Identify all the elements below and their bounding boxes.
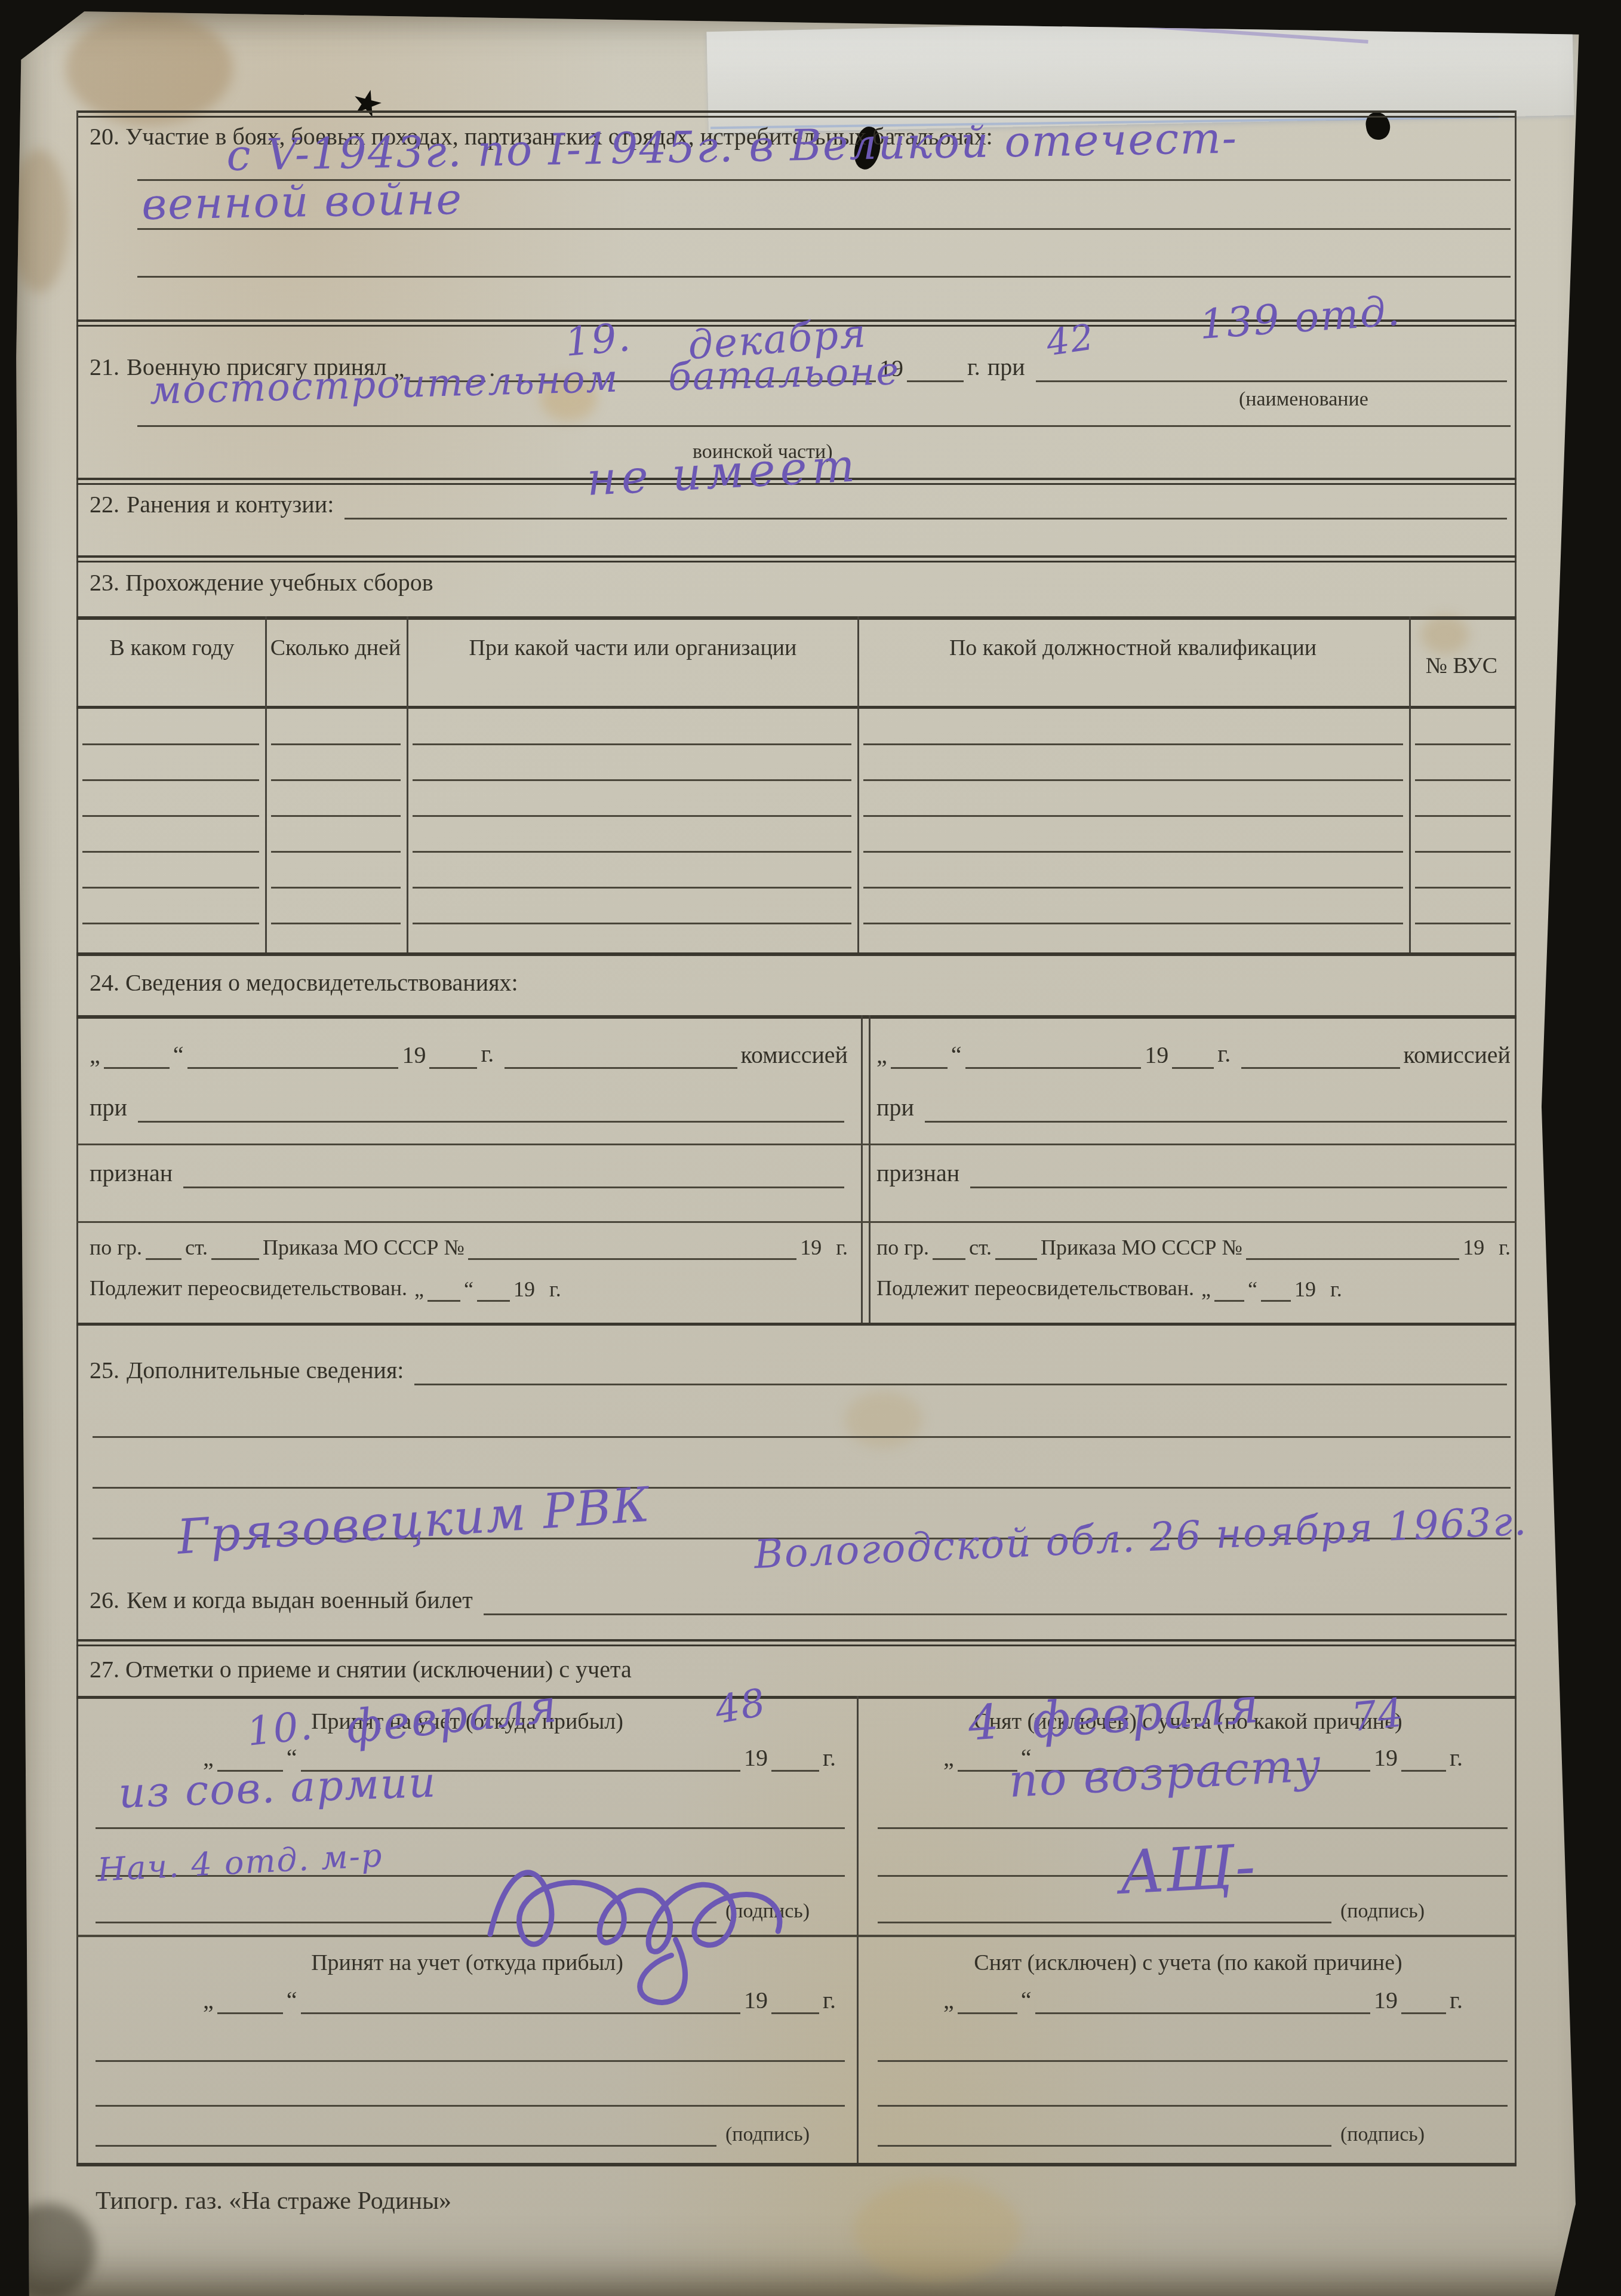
po-gr-label: по гр.: [876, 1235, 929, 1260]
accepted-header-2: Принят на учет (откуда прибыл): [90, 1948, 845, 1978]
open-quote: „: [943, 1744, 954, 1772]
close-quote: “: [951, 1041, 962, 1069]
year-blank: [429, 1066, 477, 1069]
handwriting-accept-year: 48: [712, 1680, 770, 1733]
handwriting-official-rank: Нач. 4 отд. м-р: [97, 1836, 384, 1889]
write-line: [137, 425, 1511, 427]
table-cell-line: [1415, 815, 1511, 817]
table-cell-line: [413, 887, 851, 889]
year-blank: [1401, 1769, 1446, 1772]
note-naimenovanie: (наименование: [1239, 388, 1368, 411]
handwriting-oath-year: 42: [1044, 316, 1097, 364]
table-column-border: [407, 616, 408, 952]
commission-label: комиссией: [1404, 1041, 1511, 1069]
year-blank: [771, 2011, 819, 2014]
write-line: [137, 276, 1511, 278]
year-19: 19: [513, 1277, 535, 1302]
paper-sheet: ★ 20. Участие в боях, боевых походах, па…: [0, 0, 1621, 2296]
med-table-bottom-border: [76, 1323, 1517, 1326]
section-22-label: Ранения и контузии:: [127, 490, 334, 518]
day-blank: [958, 2011, 1017, 2014]
month-blank: [187, 1066, 399, 1069]
med-table-middle-border: [861, 1015, 863, 1323]
table-cell-line: [82, 743, 259, 745]
year-19: 19: [744, 1744, 768, 1772]
printer-imprint: Типогр. газ. «На страже Родины»: [96, 2187, 451, 2215]
table-bottom-border: [76, 952, 1517, 956]
table-cell-line: [271, 851, 401, 853]
stain: [1421, 615, 1469, 654]
pri-blank: [925, 1120, 1507, 1123]
g-label: г.: [481, 1040, 494, 1068]
month-blank: [301, 2011, 741, 2014]
form-top-border: [76, 110, 1517, 118]
table-column-border: [857, 616, 859, 952]
write-line: [93, 1436, 1511, 1438]
st-blank: [211, 1257, 259, 1260]
podpis-label: (подпись): [725, 2123, 810, 2146]
table-cell-line: [271, 923, 401, 924]
day-blank: [217, 2011, 283, 2014]
open-quote: „: [943, 1986, 954, 2014]
open-quote: „: [1201, 1277, 1211, 1302]
g-label: г.: [1499, 1235, 1511, 1260]
close-quote: “: [173, 1041, 184, 1069]
stain: [854, 2180, 1021, 2281]
signature-line: [878, 1922, 1331, 1923]
section-25-label: Дополнительные сведения:: [127, 1356, 404, 1384]
year-19: 19: [744, 1986, 768, 2014]
g-label: г.: [1450, 1744, 1463, 1772]
col-header-year: В каком году: [84, 633, 260, 663]
table-cell-line: [82, 779, 259, 781]
section-divider: [76, 1639, 1517, 1646]
section-27-text: Отметки о приеме и снятии (исключении) с…: [125, 1656, 632, 1683]
stain: [845, 1391, 922, 1448]
table-cell-line: [863, 887, 1403, 889]
section-25-number: 25.: [90, 1356, 119, 1384]
table-header-border: [76, 706, 1517, 709]
section-26-number: 26.: [90, 1586, 119, 1614]
prikaz-blank: [1246, 1257, 1459, 1260]
gr-blank: [933, 1257, 965, 1260]
med-column-right: „ “ 19 г. комиссией при признан по гр.: [876, 1015, 1511, 1323]
table-cell-line: [413, 743, 851, 745]
st-label: ст.: [185, 1235, 208, 1260]
close-quote: “: [1021, 1986, 1032, 2014]
open-quote: „: [876, 1041, 887, 1069]
g-label: г.: [1450, 1986, 1463, 2014]
month-blank: [1035, 2011, 1371, 2014]
year-19: 19: [402, 1041, 426, 1069]
stain: [66, 12, 233, 125]
year-blank: [1401, 2011, 1446, 2014]
write-line: [137, 228, 1511, 230]
table-cell-line: [1415, 851, 1511, 853]
write-line: [96, 2105, 845, 2107]
section-23-title: 23. Прохождение учебных сборов: [90, 568, 433, 597]
write-line: [878, 1827, 1508, 1829]
g-label: г.: [836, 1235, 848, 1260]
write-line: [878, 2105, 1508, 2107]
removed-header-2: Снят (исключен) с учета (по какой причин…: [866, 1948, 1511, 1978]
table-cell-line: [271, 743, 401, 745]
g-label: г.: [549, 1277, 561, 1302]
section-27-number: 27.: [90, 1656, 119, 1683]
close-quote: “: [464, 1277, 473, 1302]
handwriting-accept-origin: из сов. армии: [118, 1757, 437, 1818]
issued-by-blank: [484, 1612, 1507, 1615]
st-blank: [995, 1257, 1037, 1260]
section-21-number: 21.: [90, 353, 119, 381]
section-24-title: 24. Сведения о медосвидетельствованиях:: [90, 969, 518, 997]
handwriting-remove-day: 4: [967, 1694, 1002, 1751]
reg-table-top-border: [76, 1696, 1517, 1699]
col-header-unit: При какой части или организации: [418, 633, 848, 663]
table-cell-line: [271, 887, 401, 889]
table-column-border: [1409, 616, 1411, 952]
day-blank: [104, 1066, 170, 1069]
year-blank: [1172, 1066, 1214, 1069]
g-label: г.: [967, 353, 980, 381]
table-column-border: [265, 616, 267, 952]
g-label: г.: [1330, 1277, 1342, 1302]
commission-blank: [1241, 1066, 1399, 1069]
table-cell-line: [413, 923, 851, 924]
day-blank: [1214, 1299, 1244, 1302]
pri-blank: [138, 1120, 844, 1123]
table-cell-line: [863, 779, 1403, 781]
gr-blank: [146, 1257, 182, 1260]
table-cell-line: [1415, 743, 1511, 745]
write-line: [878, 2060, 1508, 2062]
handwriting-remove-year: 74: [1349, 1689, 1407, 1741]
open-quote: „: [203, 1986, 214, 2014]
med-table-middle-border-2: [869, 1015, 871, 1323]
g-label: г.: [823, 1744, 836, 1772]
commission-label: комиссией: [741, 1041, 848, 1069]
table-cell-line: [82, 851, 259, 853]
close-quote: “: [287, 1986, 297, 2014]
g-label: г.: [823, 1986, 836, 2014]
reg-table-middle-border: [857, 1696, 859, 2166]
table-cell-line: [82, 815, 259, 817]
month-blank: [477, 1299, 510, 1302]
table-cell-line: [1415, 923, 1511, 924]
col-header-vus: № ВУС: [1410, 651, 1513, 681]
table-cell-line: [413, 815, 851, 817]
stain: [9, 149, 69, 293]
table-cell-line: [863, 743, 1403, 745]
section-23-text: Прохождение учебных сборов: [125, 569, 433, 596]
scanned-military-record-page: ★ 20. Участие в боях, боевых походах, па…: [0, 0, 1621, 2296]
podpis-label: (подпись): [1340, 2123, 1425, 2146]
close-quote: “: [1248, 1277, 1257, 1302]
section-24-number: 24.: [90, 969, 119, 996]
write-line: [93, 1487, 1511, 1489]
corner-shadow: [0, 2203, 96, 2296]
star-punch-hole: ★: [346, 79, 387, 128]
priznan-blank: [183, 1185, 844, 1188]
signature-line: [878, 2145, 1331, 2147]
po-gr-label: по гр.: [90, 1235, 142, 1260]
year-blank: [907, 379, 964, 382]
year-blank: [771, 1769, 819, 1772]
day-blank: [891, 1066, 948, 1069]
table-cell-line: [413, 851, 851, 853]
year-19: 19: [1463, 1235, 1484, 1260]
handwriting-accept-day: 10.: [245, 1702, 315, 1755]
section-24-text: Сведения о медосвидетельствованиях:: [125, 969, 518, 996]
st-label: ст.: [969, 1235, 992, 1260]
table-cell-line: [1415, 887, 1511, 889]
g-label: г.: [1217, 1040, 1231, 1068]
year-19: 19: [1294, 1277, 1316, 1302]
section-23-number: 23.: [90, 569, 119, 596]
col-header-days: Сколько дней: [270, 633, 401, 663]
write-line: [96, 2060, 845, 2062]
pri-label: при: [988, 353, 1025, 381]
month-blank: [1261, 1299, 1291, 1302]
reg-table-bottom-border: [76, 2163, 1517, 2166]
year-19: 19: [800, 1235, 822, 1260]
commission-blank: [505, 1066, 737, 1069]
section-20-number: 20.: [90, 123, 119, 150]
table-cell-line: [413, 779, 851, 781]
year-19: 19: [1374, 1986, 1398, 2014]
table-cell-line: [82, 887, 259, 889]
table-cell-line: [82, 923, 259, 924]
day-blank: [427, 1299, 460, 1302]
podpis-label: (подпись): [1340, 1900, 1425, 1923]
section-divider: [76, 555, 1517, 563]
prikaz-label: Приказа МО СССР №: [1041, 1235, 1242, 1260]
handwriting-issuing-office: Грязовецким РВК: [176, 1477, 653, 1565]
handwriting-oath-unit-number: 139 отд.: [1198, 288, 1402, 349]
table-cell-line: [1415, 779, 1511, 781]
handwriting-remove-signature: АЩ-: [1118, 1831, 1258, 1908]
table-cell-line: [863, 851, 1403, 853]
pri-label: при: [90, 1093, 127, 1121]
section-22-number: 22.: [90, 490, 119, 518]
year-19: 19: [1145, 1041, 1168, 1069]
handwriting-service-period-2: венной войне: [142, 174, 463, 229]
priznan-label: признан: [876, 1159, 959, 1187]
table-cell-line: [863, 815, 1403, 817]
prikaz-label: Приказа МО СССР №: [263, 1235, 465, 1260]
unit-blank: [1036, 379, 1507, 382]
signature-line: [96, 2145, 716, 2147]
open-quote: „: [90, 1041, 100, 1069]
podlezhit-label: Подлежит переосвидетельствован.: [876, 1275, 1194, 1301]
month-blank: [965, 1066, 1142, 1069]
section-26-label: Кем и когда выдан военный билет: [127, 1586, 473, 1614]
form-right-border: [1515, 110, 1517, 2166]
table-cell-line: [271, 779, 401, 781]
priznan-label: признан: [90, 1159, 173, 1187]
handwriting-issuing-region-date: Вологодской обл. 26 ноября 1963г.: [753, 1498, 1528, 1578]
pri-label: при: [876, 1093, 914, 1121]
table-top-border: [76, 616, 1517, 620]
podlezhit-label: Подлежит переосвидетельствован.: [90, 1275, 407, 1301]
year-19: 19: [1374, 1744, 1398, 1772]
table-cell-line: [271, 815, 401, 817]
additional-info-blank: [414, 1382, 1507, 1385]
prikaz-blank: [468, 1257, 796, 1260]
priznan-blank: [970, 1185, 1507, 1188]
form-left-border: [76, 110, 78, 2166]
open-quote: „: [414, 1277, 424, 1302]
col-header-qualification: По какой должностной квалификации: [866, 633, 1400, 663]
wounds-blank: [344, 517, 1507, 520]
table-cell-line: [863, 923, 1403, 924]
med-column-left: „ “ 19 г. комиссией при признан по гр.: [90, 1015, 848, 1323]
